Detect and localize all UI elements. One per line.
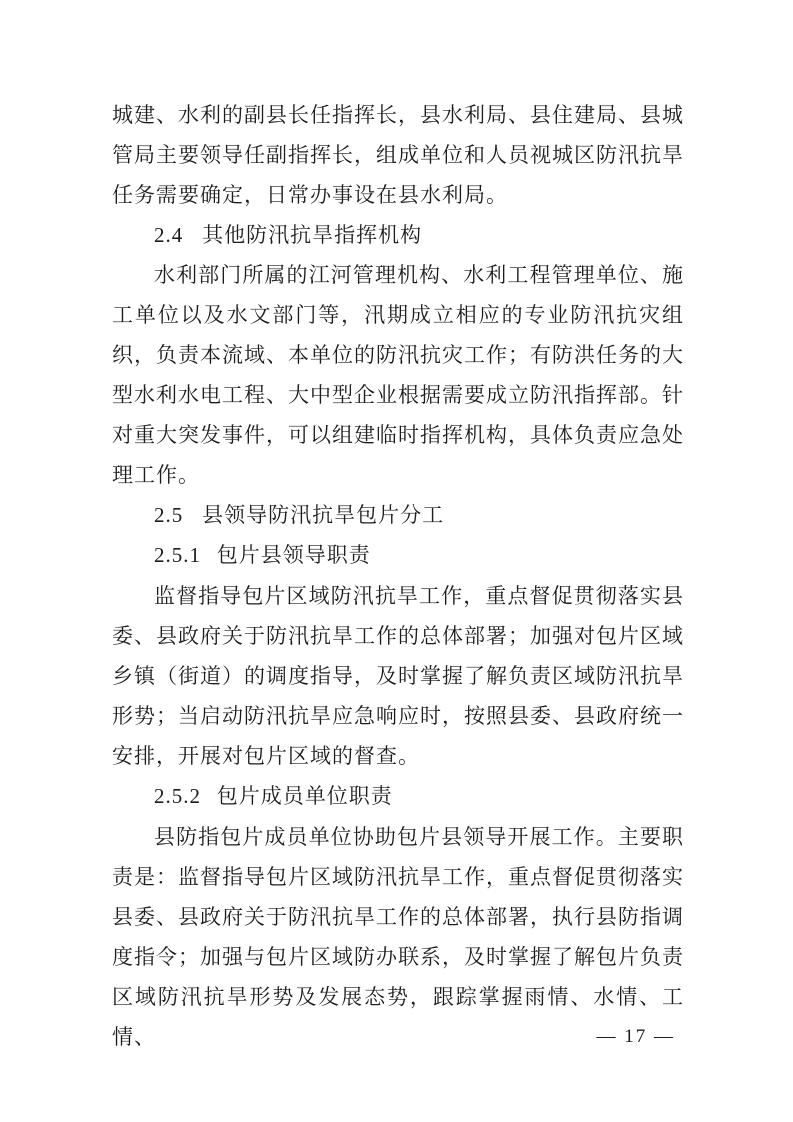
heading-2-5-number: 2.5 bbox=[154, 503, 183, 527]
page-body: 城建、水利的副县长任指挥长，县水利局、县住建局、县城管局主要领导任副指挥长，组成… bbox=[112, 95, 684, 1057]
heading-2-5-1-number: 2.5.1 bbox=[154, 543, 201, 567]
document-page: 城建、水利的副县长任指挥长，县水利局、县住建局、县城管局主要领导任副指挥长，组成… bbox=[0, 0, 793, 1122]
heading-2-5-1-title: 包片县领导职责 bbox=[217, 544, 371, 567]
paragraph-continuation: 城建、水利的副县长任指挥长，县水利局、县住建局、县城管局主要领导任副指挥长，组成… bbox=[112, 95, 684, 215]
page-number: — 17 — bbox=[597, 1026, 676, 1048]
heading-2-4-title: 其他防汛抗旱指挥机构 bbox=[202, 223, 422, 247]
heading-2-4: 2.4其他防汛抗旱指挥机构 bbox=[112, 215, 684, 255]
heading-2-5-title: 县领导防汛抗旱包片分工 bbox=[202, 503, 444, 527]
paragraph-section-2-5-1: 监督指导包片区域防汛抗旱工作，重点督促贯彻落实县委、县政府关于防汛抗旱工作的总体… bbox=[112, 576, 684, 776]
heading-2-5-1: 2.5.1包片县领导职责 bbox=[112, 535, 684, 576]
heading-2-5-2: 2.5.2包片成员单位职责 bbox=[112, 776, 684, 817]
paragraph-section-2-4: 水利部门所属的江河管理机构、水利工程管理单位、施工单位以及水文部门等，汛期成立相… bbox=[112, 255, 684, 495]
paragraph-section-2-5-2: 县防指包片成员单位协助包片县领导开展工作。主要职责是：监督指导包片区域防汛抗旱工… bbox=[112, 817, 684, 1057]
heading-2-5-2-title: 包片成员单位职责 bbox=[217, 785, 393, 808]
heading-2-5: 2.5县领导防汛抗旱包片分工 bbox=[112, 495, 684, 535]
heading-2-4-number: 2.4 bbox=[154, 223, 183, 247]
heading-2-5-2-number: 2.5.2 bbox=[154, 784, 201, 808]
